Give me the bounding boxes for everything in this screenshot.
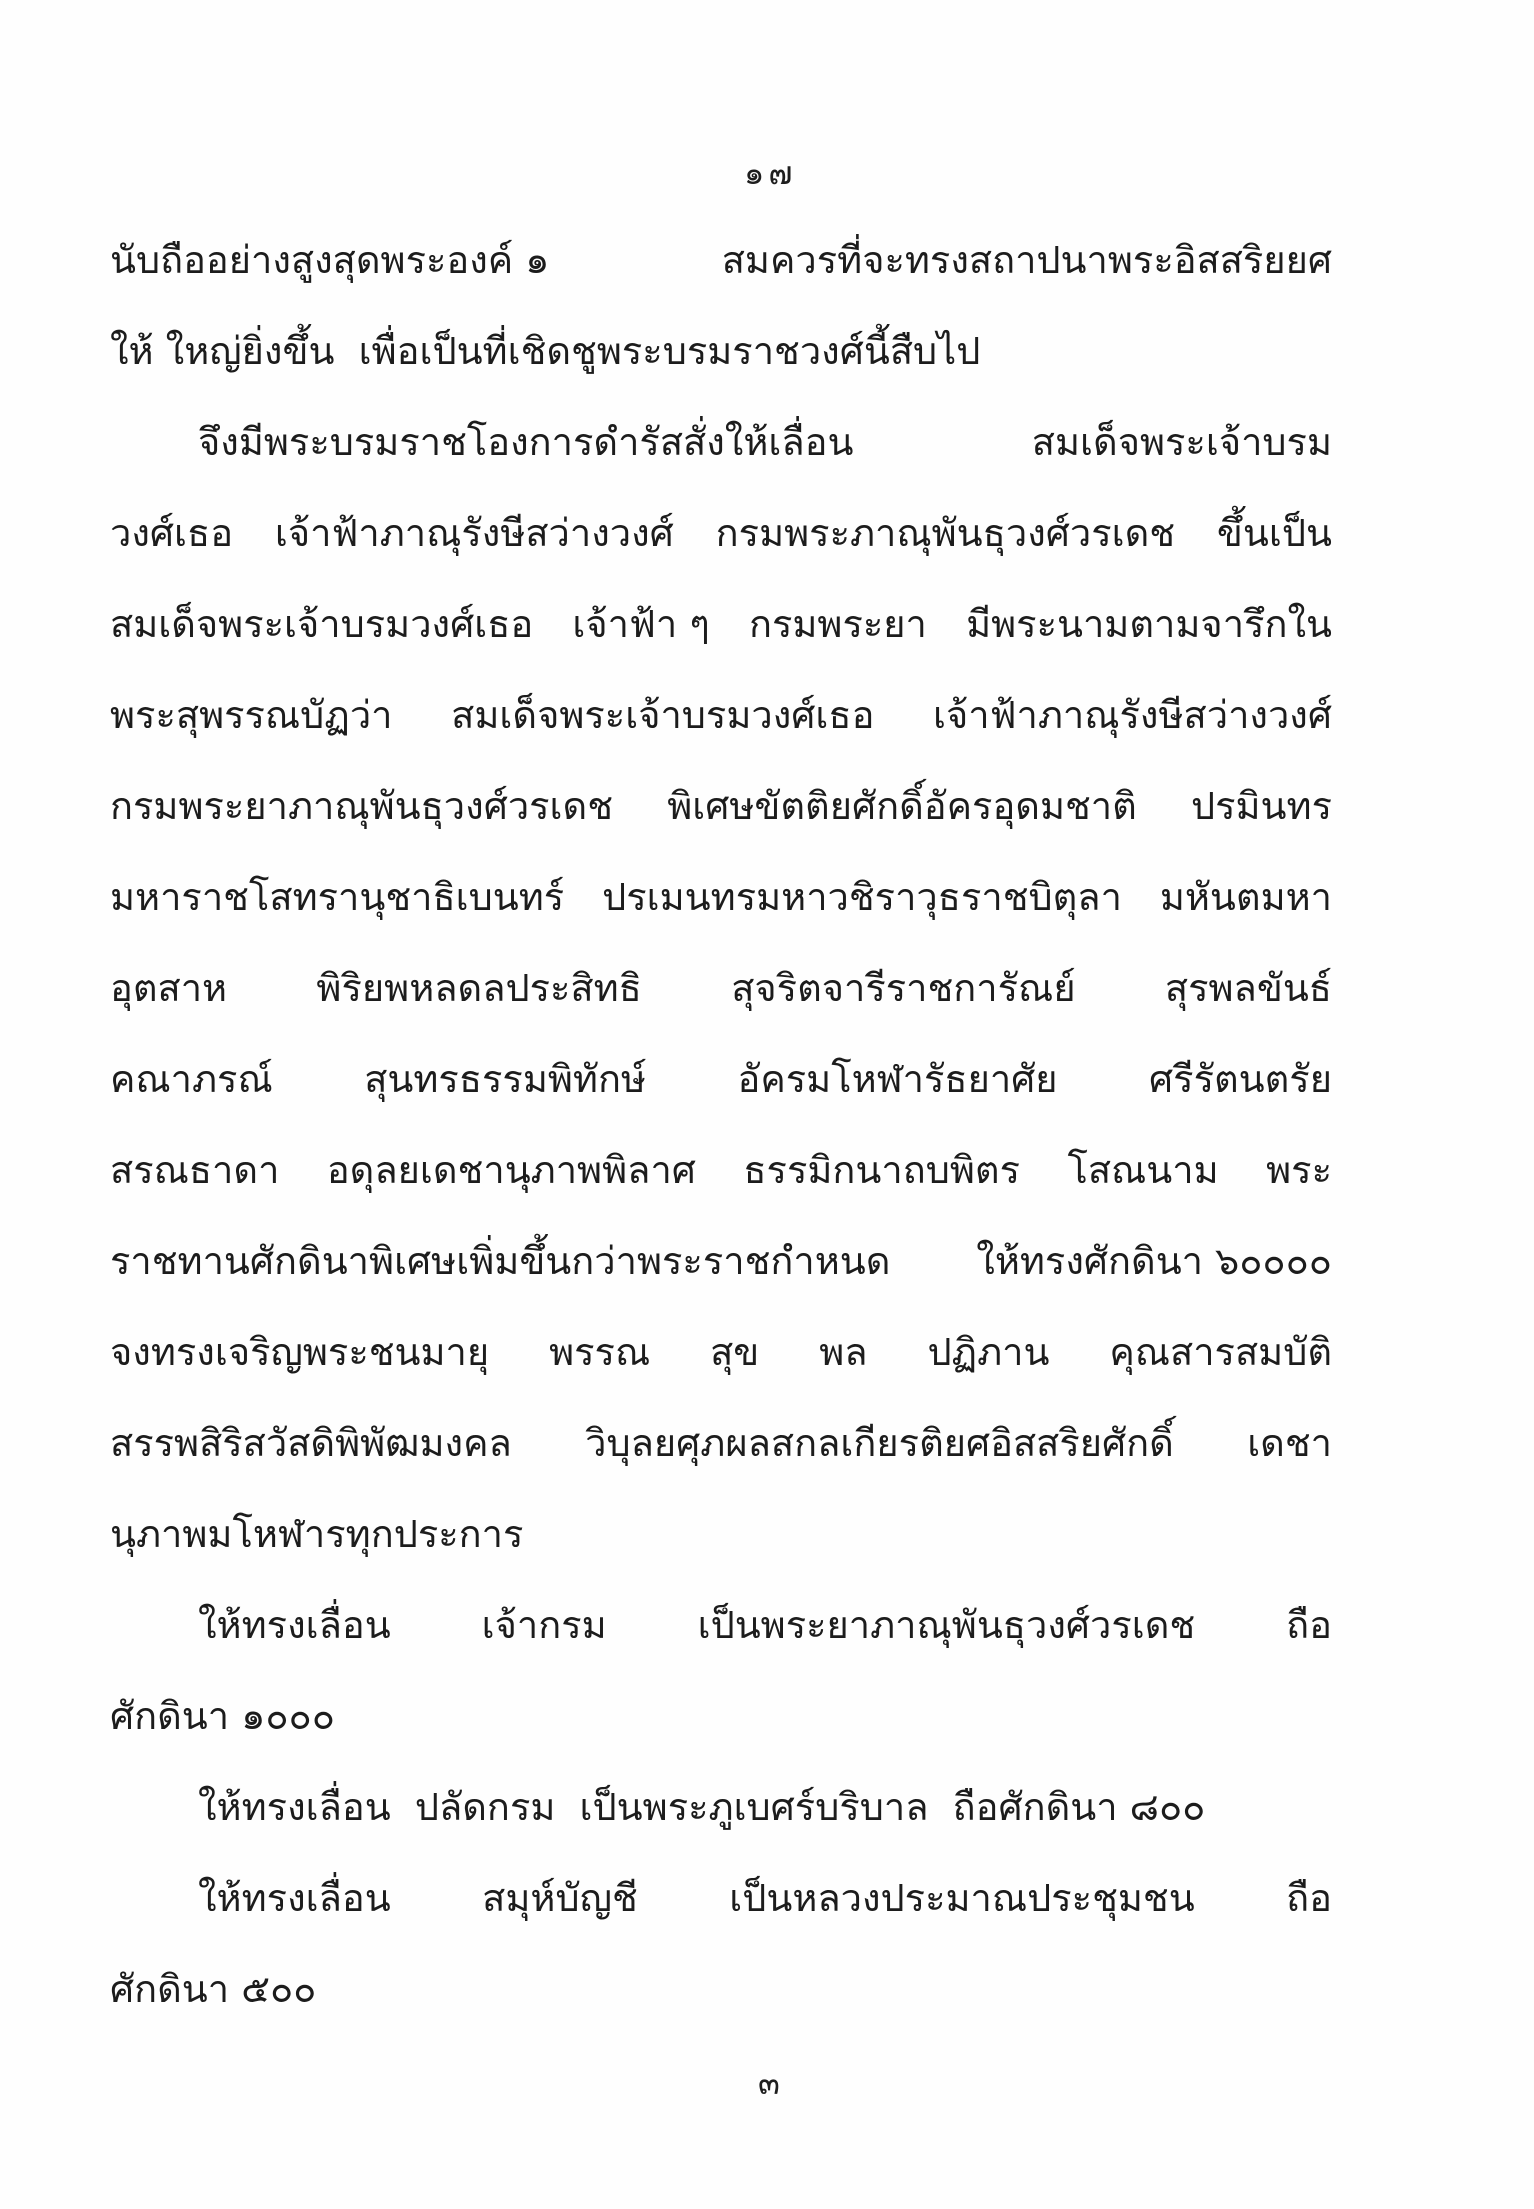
text-segment: ปรมินทร [1191, 787, 1332, 825]
document-line: วงศ์เธอเจ้าฟ้าภาณุรังษีสว่างวงศ์กรมพระภา… [110, 487, 1332, 578]
text-segment: เจ้าฟ้า ๆ [572, 605, 709, 643]
document-line: จงทรงเจริญพระชนมายุพรรณสุขพลปฏิภานคุณสาร… [110, 1306, 1332, 1397]
text-segment: เจ้าฟ้าภาณุรังษีสว่างวงศ์ [275, 514, 674, 552]
text-segment: ขึ้นเป็น [1217, 514, 1332, 552]
text-segment: ศรีรัตนตรัย [1149, 1060, 1332, 1098]
text-segment: พล [819, 1333, 867, 1371]
text-segment: ศักดินา ๕๐๐ [110, 1970, 316, 2008]
text-segment: วิบุลยศุภผลสกลเกียรติยศอิสสริยศักดิ์ [585, 1424, 1174, 1462]
text-segment: อดุลยเดชานุภาพพิลาศ [327, 1151, 696, 1189]
text-segment: ธรรมิกนาถบพิตร [743, 1151, 1020, 1189]
text-segment: เป็นพระยาภาณุพันธุวงศ์วรเดช [698, 1606, 1196, 1644]
text-segment: พระ [1266, 1151, 1332, 1189]
document-line: อุตสาหพิริยพหลดลประสิทธิสุจริตจารีราชการ… [110, 942, 1332, 1033]
document-line: ให้ ใหญ่ยิ่งขึ้น เพื่อเป็นที่เชิดชูพระบร… [110, 305, 1332, 396]
document-line: ให้ทรงเลื่อนเจ้ากรมเป็นพระยาภาณุพันธุวงศ… [110, 1579, 1332, 1670]
text-segment: พิเศษขัตติยศักดิ์อัครอุดมชาติ [667, 787, 1137, 825]
text-segment: พรรณ [549, 1333, 650, 1371]
document-line: สรรพสิริสวัสดิพิพัฒมงคลวิบุลยศุภผลสกลเกี… [110, 1397, 1332, 1488]
text-segment: สรรพสิริสวัสดิพิพัฒมงคล [110, 1424, 512, 1462]
document-line: ศักดินา ๕๐๐ [110, 1943, 1332, 2034]
page-number-bottom: ๓ [758, 2058, 784, 2109]
text-segment: จงทรงเจริญพระชนมายุ [110, 1333, 489, 1371]
text-segment: วงศ์เธอ [110, 514, 233, 552]
text-segment: กรมพระยาภาณุพันธุวงศ์วรเดช [110, 787, 613, 825]
text-segment: ถือ [1286, 1879, 1332, 1917]
text-segment: คณาภรณ์ [110, 1060, 273, 1098]
text-segment: นับถืออย่างสูงสุดพระองค์ ๑ [110, 241, 549, 279]
text-segment: มีพระนามตามจารึกใน [966, 605, 1332, 643]
document-line: จึงมีพระบรมราชโองการดำรัสสั่งให้เลื่อนสม… [110, 396, 1332, 487]
text-segment: กรมพระภาณุพันธุวงศ์วรเดช [716, 514, 1175, 552]
text-segment: ถือ [1286, 1606, 1332, 1644]
text-segment: นุภาพมโหฬารทุกประการ [110, 1515, 523, 1553]
document-line: ราชทานศักดินาพิเศษเพิ่มขึ้นกว่าพระราชกำห… [110, 1215, 1332, 1306]
document-line: คณาภรณ์สุนทรธรรมพิทักษ์อัครมโหฬารัธยาศัย… [110, 1033, 1332, 1124]
text-segment: กรมพระยา [749, 605, 927, 643]
text-segment: ราชทานศักดินาพิเศษเพิ่มขึ้นกว่าพระราชกำห… [110, 1242, 890, 1280]
text-segment: สุจริตจารีราชการัณย์ [731, 969, 1075, 1007]
document-line: กรมพระยาภาณุพันธุวงศ์วรเดชพิเศษขัตติยศัก… [110, 760, 1332, 851]
text-segment: สมุห์บัญชี [482, 1879, 638, 1917]
document-text-block: นับถืออย่างสูงสุดพระองค์ ๑สมควรที่จะทรงส… [110, 214, 1332, 2034]
document-line: มหาราชโสทรานุชาธิเบนทร์ปรเมนทรมหาวชิราวุ… [110, 851, 1332, 942]
text-segment: ให้ ใหญ่ยิ่งขึ้น เพื่อเป็นที่เชิดชูพระบร… [110, 332, 980, 370]
document-line: สรณธาดาอดุลยเดชานุภาพพิลาศธรรมิกนาถบพิตร… [110, 1124, 1332, 1215]
text-segment: ให้ทรงเลื่อน [198, 1879, 391, 1917]
document-line: ให้ทรงเลื่อนสมุห์บัญชีเป็นหลวงประมาณประช… [110, 1852, 1332, 1943]
text-segment: เป็นหลวงประมาณประชุมชน [729, 1879, 1194, 1917]
text-segment: สุนทรธรรมพิทักษ์ [364, 1060, 646, 1098]
document-line: พระสุพรรณบัฏว่าสมเด็จพระเจ้าบรมวงศ์เธอเจ… [110, 669, 1332, 760]
text-segment: ให้ทรงเลื่อน ปลัดกรม เป็นพระภูเบศร์บริบา… [198, 1788, 1205, 1826]
text-segment: เจ้าฟ้าภาณุรังษีสว่างวงศ์ [933, 696, 1332, 734]
document-line: นุภาพมโหฬารทุกประการ [110, 1488, 1332, 1579]
text-segment: สมเด็จพระเจ้าบรม [1032, 423, 1332, 461]
text-segment: อุตสาห [110, 969, 227, 1007]
text-segment: คุณสารสมบัติ [1109, 1333, 1332, 1371]
text-segment: ให้ทรงศักดินา ๖๐๐๐๐ [976, 1242, 1332, 1280]
text-segment: เจ้ากรม [482, 1606, 607, 1644]
text-segment: มหาราชโสทรานุชาธิเบนทร์ [110, 878, 564, 916]
text-segment: มหันตมหา [1160, 878, 1332, 916]
document-line: ให้ทรงเลื่อน ปลัดกรม เป็นพระภูเบศร์บริบา… [110, 1761, 1332, 1852]
text-segment: ปรเมนทรมหาวชิราวุธราชบิตุลา [602, 878, 1122, 916]
text-segment: เดชา [1247, 1424, 1332, 1462]
text-segment: ปฏิภาน [927, 1333, 1049, 1371]
text-segment: สมเด็จพระเจ้าบรมวงศ์เธอ [451, 696, 874, 734]
text-segment: ให้ทรงเลื่อน [198, 1606, 391, 1644]
text-segment: สุข [710, 1333, 759, 1371]
document-line: นับถืออย่างสูงสุดพระองค์ ๑สมควรที่จะทรงส… [110, 214, 1332, 305]
scanned-document-page: ๑๗ นับถืออย่างสูงสุดพระองค์ ๑สมควรที่จะท… [0, 0, 1534, 2209]
document-line: สมเด็จพระเจ้าบรมวงศ์เธอเจ้าฟ้า ๆกรมพระยา… [110, 578, 1332, 669]
text-segment: โสณนาม [1067, 1151, 1218, 1189]
text-segment: สมควรที่จะทรงสถาปนาพระอิสสริยยศ [722, 241, 1332, 279]
text-segment: สรณธาดา [110, 1151, 279, 1189]
document-line: ศักดินา ๑๐๐๐ [110, 1670, 1332, 1761]
text-segment: จึงมีพระบรมราชโองการดำรัสสั่งให้เลื่อน [198, 423, 853, 461]
text-segment: สุรพลขันธ์ [1165, 969, 1332, 1007]
text-segment: พระสุพรรณบัฏว่า [110, 696, 393, 734]
text-segment: อัครมโหฬารัธยาศัย [738, 1060, 1058, 1098]
text-segment: ศักดินา ๑๐๐๐ [110, 1697, 335, 1735]
text-segment: พิริยพหลดลประสิทธิ [316, 969, 641, 1007]
page-number-top: ๑๗ [744, 148, 796, 199]
text-segment: สมเด็จพระเจ้าบรมวงศ์เธอ [110, 605, 533, 643]
